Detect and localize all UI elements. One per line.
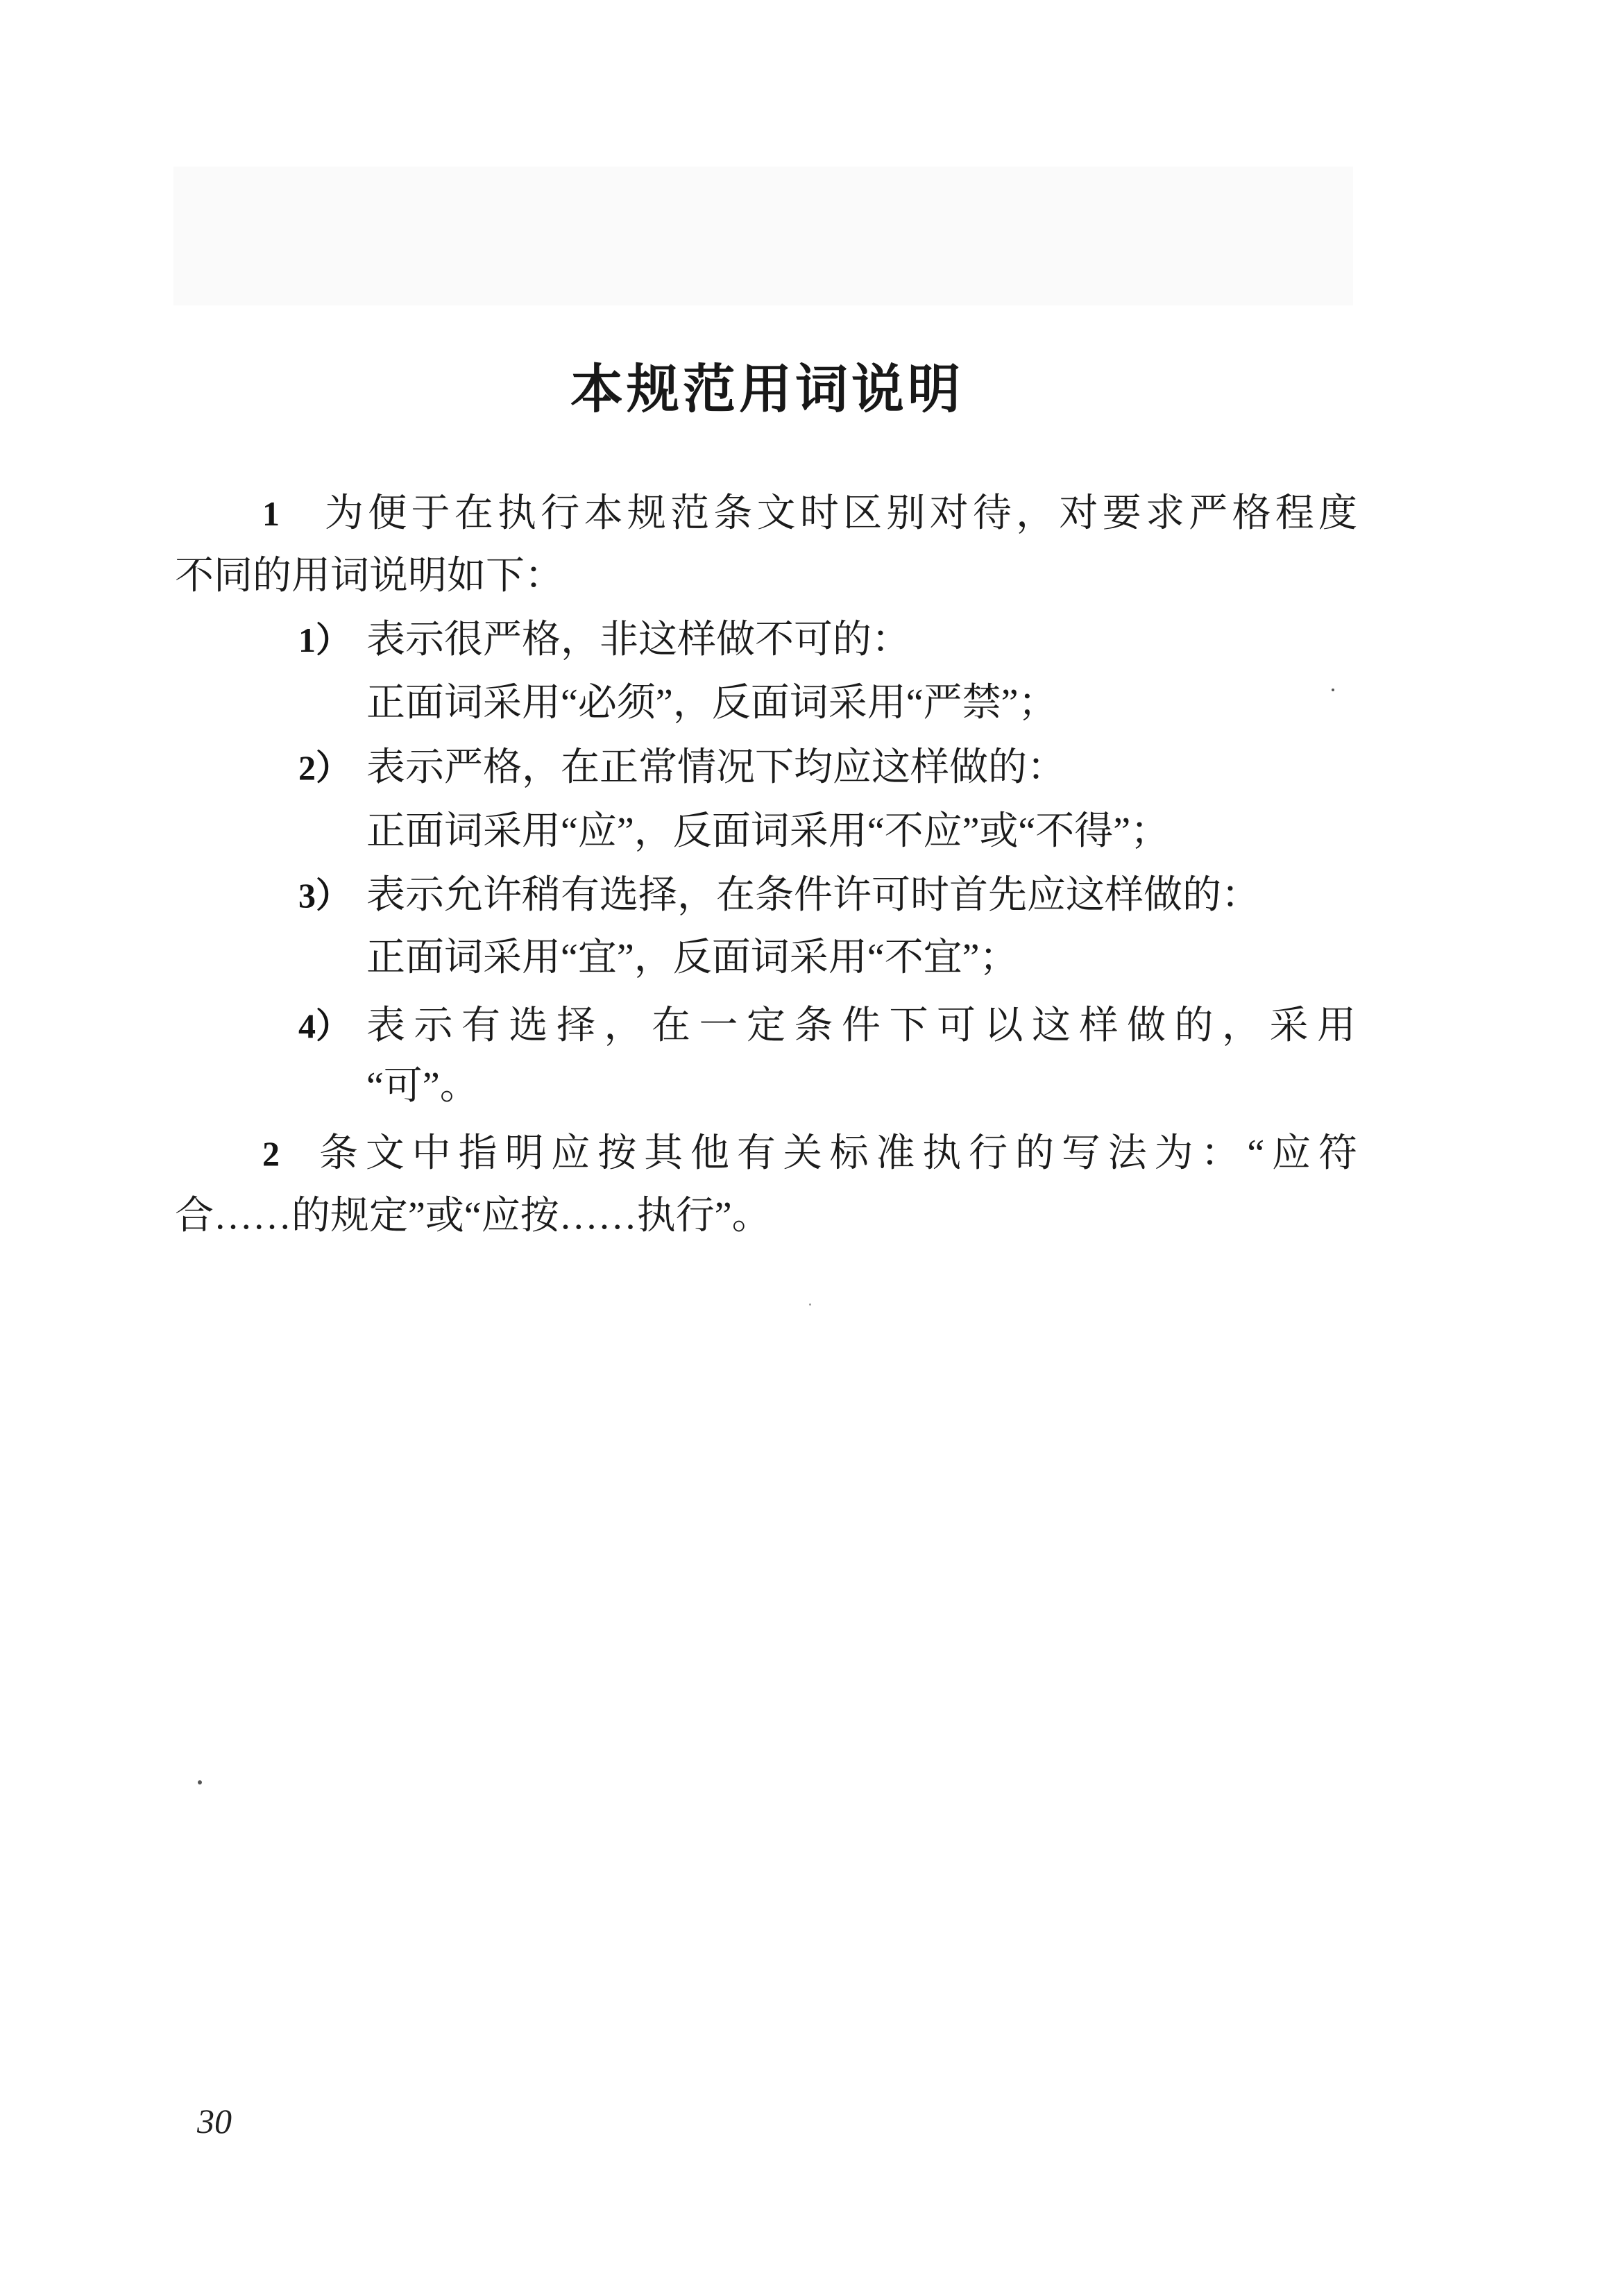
clause-number-1: 1 — [262, 489, 280, 538]
clause-number-2: 2 — [262, 1129, 280, 1178]
scan-speck — [809, 1303, 811, 1306]
item-2-detail: 正面词采用“应”，反面词采用“不应”或“不得”； — [366, 807, 1169, 856]
clause-2-line-2: 合……的规定”或“应按……执行”。 — [175, 1192, 771, 1240]
scan-show-through — [173, 167, 1353, 305]
clause-1-line-1: 为便于在执行本规范条文时区别对待，对要求严格程度 — [325, 489, 1357, 538]
item-1-text: 表示很严格，非这样做不可的： — [366, 616, 910, 664]
item-4-detail: “可”。 — [366, 1062, 479, 1111]
item-4-text: 表示有选择，在一定条件下可以这样做的，采用 — [366, 1002, 1356, 1050]
item-marker-1: 1） — [298, 616, 350, 664]
item-2-text: 表示严格，在正常情况下均应这样做的： — [366, 743, 1066, 792]
scan-speck — [198, 1780, 202, 1784]
item-marker-4: 4） — [298, 1002, 350, 1050]
scan-speck — [1332, 689, 1334, 691]
document-page: 本规范用词说明 1 为便于在执行本规范条文时区别对待，对要求严格程度 不同的用词… — [0, 0, 1623, 2296]
page-title: 本规范用词说明 — [570, 359, 963, 421]
item-marker-2: 2） — [298, 743, 350, 792]
page-number: 30 — [197, 2099, 232, 2143]
item-3-text: 表示允许稍有选择，在条件许可时首先应这样做的： — [366, 871, 1260, 920]
item-marker-3: 3） — [298, 871, 350, 920]
item-3-detail: 正面词采用“宜”，反面词采用“不宜”； — [366, 934, 1018, 982]
item-1-detail: 正面词采用“必须”，反面词采用“严禁”； — [366, 679, 1057, 727]
clause-1-line-2: 不同的用词说明如下： — [175, 552, 563, 600]
clause-2-line-1: 条文中指明应按其他有关标准执行的写法为：“应符 — [319, 1129, 1357, 1178]
